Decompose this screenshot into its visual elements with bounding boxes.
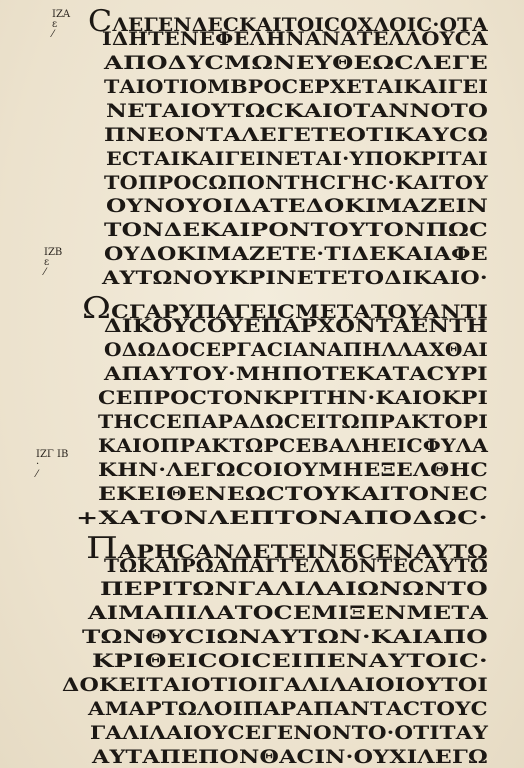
margin-note: ΙΖΒ ε ⁄ bbox=[44, 248, 62, 278]
manuscript-line: ΤΩΚΑΙΡΩΑΠΑΓΓΕΛΛΟΝΤΕϹΑΥΤΩ bbox=[104, 555, 488, 577]
line-text: ΔΙΚΟΥϹΟΥΕΠΑΡΧΟΝΤΑΕΝΤΗ bbox=[104, 315, 488, 337]
line-text: ΔΟΚΕΙΤΑΙΟΤΙΟΙΓΑΛΙΛΑΙΟΙΟΥΤΟΙ bbox=[62, 674, 488, 696]
manuscript-line: ϹΕΠΡΟϹΤΟΝΚΡΙΤΗΝ·ΚΑΙΟΚΡΙ bbox=[98, 387, 488, 409]
manuscript-line: ΝΕΤΑΙΟΥΤΩϹΚΑΙΟΤΑΝΝΟΤΟ bbox=[106, 100, 488, 122]
manuscript-line: ΤΟΝΔΕΚΑΙΡΟΝΤΟΥΤΟΝΠΩϹ bbox=[104, 219, 488, 241]
manuscript-line: ΚΗΝ·ΛΕΓΩϹΟΙΟΥΜΗΕΞΕΛΘΗϹ bbox=[98, 459, 488, 481]
line-text: ΕϹΤΑΙΚΑΙΓΕΙΝΕΤΑΙ·ΥΠΟΚΡΙΤΑΙ bbox=[106, 148, 488, 170]
line-text: ΙΔΗΤΕΝΕΦΕΛΗΝΑΝΑΤΕΛΛΟΥϹΑ bbox=[102, 28, 488, 50]
line-text: ΚΑΙΟΠΡΑΚΤΩΡϹΕΒΑΛΗΕΙϹΦΥΛΑ bbox=[98, 435, 488, 457]
manuscript-line: ΠΕΡΙΤΩΝΓΑΛΙΛΑΙΩΝΩΝΤΟ bbox=[100, 578, 488, 600]
manuscript-page: ϹΛΕΓΕΝΔΕϹΚΑΙΤΟΙϹΟΧΛΟΙϹ·ΟΤΑΙΔΗΤΕΝΕΦΕΛΗΝΑΝ… bbox=[0, 0, 524, 768]
line-text: ΤΟΝΔΕΚΑΙΡΟΝΤΟΥΤΟΝΠΩϹ bbox=[104, 219, 488, 241]
manuscript-line: ΑΠΟΔΥϹΜΩΝΕΥΘΕΩϹΛΕΓΕ bbox=[104, 52, 488, 74]
line-text: ΝΕΤΑΙΟΥΤΩϹΚΑΙΟΤΑΝΝΟΤΟ bbox=[106, 100, 488, 122]
line-text: ΤΑΙΟΤΙΟΜΒΡΟϹΕΡΧΕΤΑΙΚΑΙΓΕΙ bbox=[104, 76, 488, 98]
line-text: ΠΕΡΙΤΩΝΓΑΛΙΛΑΙΩΝΩΝΤΟ bbox=[100, 578, 488, 600]
manuscript-line: ΤΟΠΡΟϹΩΠΟΝΤΗϹΓΗϹ·ΚΑΙΤΟΥ bbox=[104, 172, 488, 194]
line-text: ϹΕΠΡΟϹΤΟΝΚΡΙΤΗΝ·ΚΑΙΟΚΡΙ bbox=[98, 387, 488, 409]
line-text: ΤΩΝΘΥϹΙΩΝΑΥΤΩΝ·ΚΑΙΑΠΟ bbox=[82, 626, 488, 648]
line-text: ΑΥΤΑΠΕΠΟΝΘΑϹΙΝ·ΟΥΧΙΛΕΓΩ bbox=[92, 746, 488, 768]
manuscript-line: ΙΔΗΤΕΝΕΦΕΛΗΝΑΝΑΤΕΛΛΟΥϹΑ bbox=[102, 28, 488, 50]
manuscript-line: ΤΩΝΘΥϹΙΩΝΑΥΤΩΝ·ΚΑΙΑΠΟ bbox=[82, 626, 488, 648]
manuscript-line: ΑΜΑΡΤΩΛΟΙΠΑΡΑΠΑΝΤΑϹΤΟΥϹ bbox=[88, 698, 488, 720]
line-text: ΕΚΕΙΘΕΝΕΩϹΤΟΥΚΑΙΤΟΝΕϹ bbox=[98, 483, 488, 505]
manuscript-line: ΑΠΑΥΤΟΥ·ΜΗΠΟΤΕΚΑΤΑϹΥΡΙ bbox=[104, 363, 488, 385]
line-text: ΓΑΛΙΛΑΙΟΥϹΕΓΕΝΟΝΤΟ·ΟΤΙΤΑΥ bbox=[90, 722, 488, 744]
line-text: ΤΩΚΑΙΡΩΑΠΑΓΓΕΛΛΟΝΤΕϹΑΥΤΩ bbox=[104, 555, 488, 577]
manuscript-line: ΟΔΩΔΟϹΕΡΓΑϹΙΑΝΑΠΗΛΛΑΧΘΑΙ bbox=[104, 339, 488, 361]
manuscript-line: ΚΡΙΘΕΙϹΟΙϹΕΙΠΕΝΑΥΤΟΙϹ· bbox=[92, 650, 488, 672]
manuscript-line: ΤΗϹϹΕΠΑΡΑΔΩϹΕΙΤΩΠΡΑΚΤΟΡΙ bbox=[98, 411, 488, 433]
line-text: ΤΗϹϹΕΠΑΡΑΔΩϹΕΙΤΩΠΡΑΚΤΟΡΙ bbox=[98, 411, 488, 433]
margin-note: ΙΖΓ ΙΒ · ⁄ bbox=[36, 450, 68, 480]
line-text: ΚΡΙΘΕΙϹΟΙϹΕΙΠΕΝΑΥΤΟΙϹ· bbox=[92, 650, 488, 672]
line-text: ΚΗΝ·ΛΕΓΩϹΟΙΟΥΜΗΕΞΕΛΘΗϹ bbox=[98, 459, 488, 481]
manuscript-line: ΓΑΛΙΛΑΙΟΥϹΕΓΕΝΟΝΤΟ·ΟΤΙΤΑΥ bbox=[90, 722, 488, 744]
line-text: ΠΝΕΟΝΤΑΛΕΓΕΤΕΟΤΙΚΑΥϹΩ bbox=[104, 124, 488, 146]
manuscript-line: ΔΟΚΕΙΤΑΙΟΤΙΟΙΓΑΛΙΛΑΙΟΙΟΥΤΟΙ bbox=[62, 674, 488, 696]
line-text: ΑΙΜΑΠΙΛΑΤΟϹΕΜΙΞΕΝΜΕΤΑ bbox=[88, 602, 488, 624]
manuscript-line: ΑΙΜΑΠΙΛΑΤΟϹΕΜΙΞΕΝΜΕΤΑ bbox=[88, 602, 488, 624]
manuscript-line: ΟΥΝΟΥΟΙΔΑΤΕΔΟΚΙΜΑΖΕΙΝ bbox=[106, 195, 488, 217]
margin-note: ΙΖΑ ε ⁄ bbox=[52, 10, 70, 40]
manuscript-line: ΑΥΤΩΝΟΥΚΡΙΝΕΤΕΤΟΔΙΚΑΙΟ· bbox=[102, 267, 488, 289]
manuscript-line: ΟΥΔΟΚΙΜΑΖΕΤΕ·ΤΙΔΕΚΑΙΑΦΕ bbox=[104, 243, 488, 265]
manuscript-line: +ΧΑΤΟΝΛΕΠΤΟΝΑΠΟΔΩϹ· bbox=[76, 507, 488, 529]
manuscript-line: ΕϹΤΑΙΚΑΙΓΕΙΝΕΤΑΙ·ΥΠΟΚΡΙΤΑΙ bbox=[106, 148, 488, 170]
manuscript-line: ΕΚΕΙΘΕΝΕΩϹΤΟΥΚΑΙΤΟΝΕϹ bbox=[98, 483, 488, 505]
line-text: ΤΟΠΡΟϹΩΠΟΝΤΗϹΓΗϹ·ΚΑΙΤΟΥ bbox=[104, 172, 488, 194]
line-text: ΟΥΔΟΚΙΜΑΖΕΤΕ·ΤΙΔΕΚΑΙΑΦΕ bbox=[104, 243, 488, 265]
line-text: ΑΠΑΥΤΟΥ·ΜΗΠΟΤΕΚΑΤΑϹΥΡΙ bbox=[104, 363, 488, 385]
manuscript-line: ΤΑΙΟΤΙΟΜΒΡΟϹΕΡΧΕΤΑΙΚΑΙΓΕΙ bbox=[104, 76, 488, 98]
line-text: ΟΔΩΔΟϹΕΡΓΑϹΙΑΝΑΠΗΛΛΑΧΘΑΙ bbox=[104, 339, 488, 361]
manuscript-line: ΑΥΤΑΠΕΠΟΝΘΑϹΙΝ·ΟΥΧΙΛΕΓΩ bbox=[92, 746, 488, 768]
line-text: ΑΜΑΡΤΩΛΟΙΠΑΡΑΠΑΝΤΑϹΤΟΥϹ bbox=[88, 698, 488, 720]
manuscript-line: ΔΙΚΟΥϹΟΥΕΠΑΡΧΟΝΤΑΕΝΤΗ bbox=[104, 315, 488, 337]
line-text: ΟΥΝΟΥΟΙΔΑΤΕΔΟΚΙΜΑΖΕΙΝ bbox=[106, 195, 488, 217]
manuscript-line: ΠΝΕΟΝΤΑΛΕΓΕΤΕΟΤΙΚΑΥϹΩ bbox=[104, 124, 488, 146]
manuscript-line: ΚΑΙΟΠΡΑΚΤΩΡϹΕΒΑΛΗΕΙϹΦΥΛΑ bbox=[98, 435, 488, 457]
line-text: +ΧΑΤΟΝΛΕΠΤΟΝΑΠΟΔΩϹ· bbox=[76, 507, 488, 529]
line-text: ΑΠΟΔΥϹΜΩΝΕΥΘΕΩϹΛΕΓΕ bbox=[104, 52, 488, 74]
line-text: ΑΥΤΩΝΟΥΚΡΙΝΕΤΕΤΟΔΙΚΑΙΟ· bbox=[102, 267, 488, 289]
